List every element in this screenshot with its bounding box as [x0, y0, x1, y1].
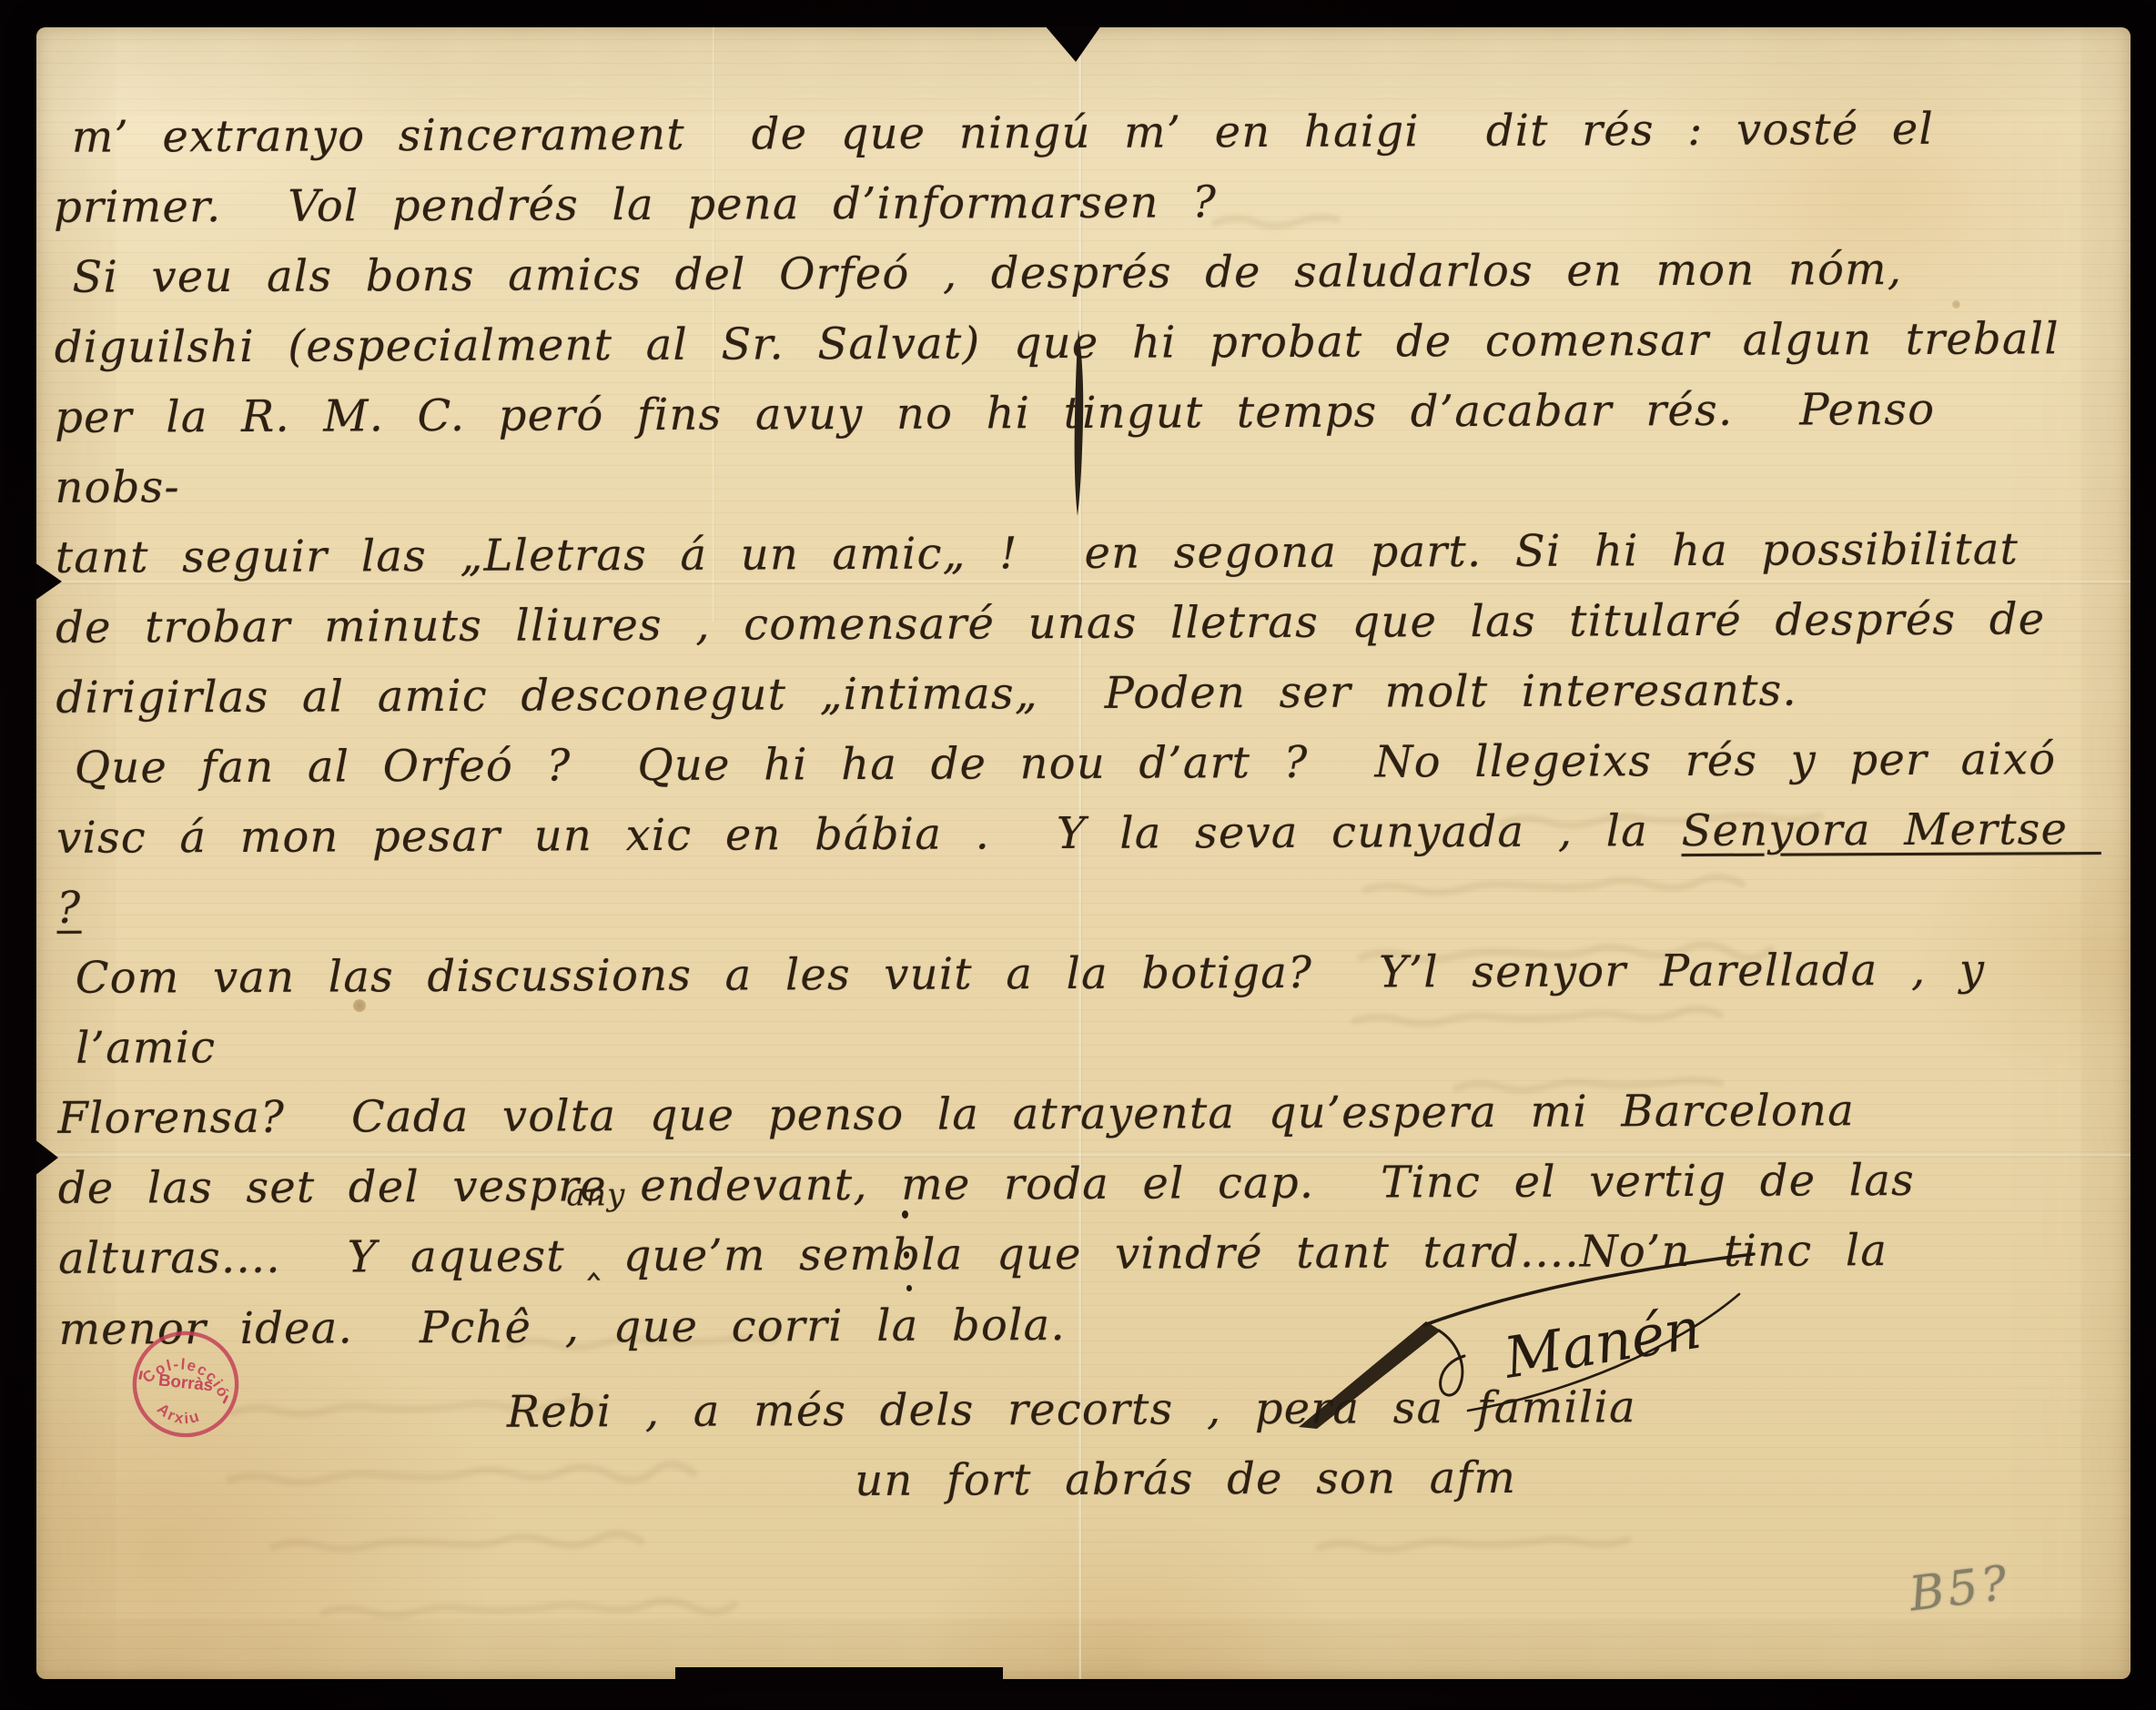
caret-insert-icon: ‸: [587, 1234, 602, 1280]
letter-line: Florensa? Cada volta que penso la atraye…: [57, 1075, 2082, 1154]
closing-line: un fort abrás de son afm: [173, 1441, 2156, 1520]
collection-stamp: Col-lecció Borràs Arxiu: [126, 1324, 246, 1444]
photographed-letter: m’ extranyo sincerament de que ningú m’ …: [0, 0, 2156, 1710]
letter-line: tant seguir las „Lletras á un amic„ ! en…: [56, 514, 2080, 593]
bottom-edge-step: [675, 1667, 1003, 1681]
signature-name: Manén: [1499, 1295, 1706, 1391]
letter-line: per la R. M. C. peró fins avuy no hi tin…: [55, 374, 2080, 523]
caret-insertion: any‸: [565, 1221, 623, 1292]
letter-line: menor idea. Pchê , que corri la bola.: [58, 1286, 2083, 1365]
letter-line: dirigirlas al amic desconegut „intimas„ …: [56, 654, 2080, 734]
line-text: visc á mon pesar un xic en bábia . Y la …: [56, 805, 1682, 864]
letter-line: Si veu als bons amics del Orfeó , despré…: [54, 234, 2079, 313]
inserted-word-above-line: any: [566, 1179, 625, 1210]
letter-line: diguilshi (especialment al Sr. Salvat) q…: [55, 304, 2080, 383]
letter-body: m’ extranyo sincerament de que ningú m’ …: [54, 94, 2085, 1520]
letter-line: Com van las discussions a les vuit a la …: [57, 935, 2083, 1084]
letter-line: de trobar minuts lliures , comensaré una…: [56, 584, 2080, 663]
letter-line: visc á mon pesar un xic en bábia . Y la …: [56, 794, 2082, 944]
line-text: alturas.... Y aquest: [58, 1230, 565, 1283]
letter-line: alturas.... Y aquestany‸que’m sembla que…: [58, 1215, 2083, 1295]
left-edge-notch-lower: [35, 1139, 58, 1176]
closing-line: Rebi , a més dels recorts , pera sa fami…: [59, 1371, 2084, 1450]
signature: Manén: [1288, 1239, 1779, 1449]
letter-line: de las set del vespre endevant, me roda …: [58, 1145, 2083, 1224]
letter-line: primer. Vol pendrés la pena d’informarse…: [54, 164, 2079, 243]
top-edge-tear: [1045, 25, 1101, 62]
letter-line: Que fan al Orfeó ? Que hi ha de nou d’ar…: [56, 724, 2081, 804]
letter-line: m’ extranyo sincerament de que ningú m’ …: [54, 94, 2079, 173]
